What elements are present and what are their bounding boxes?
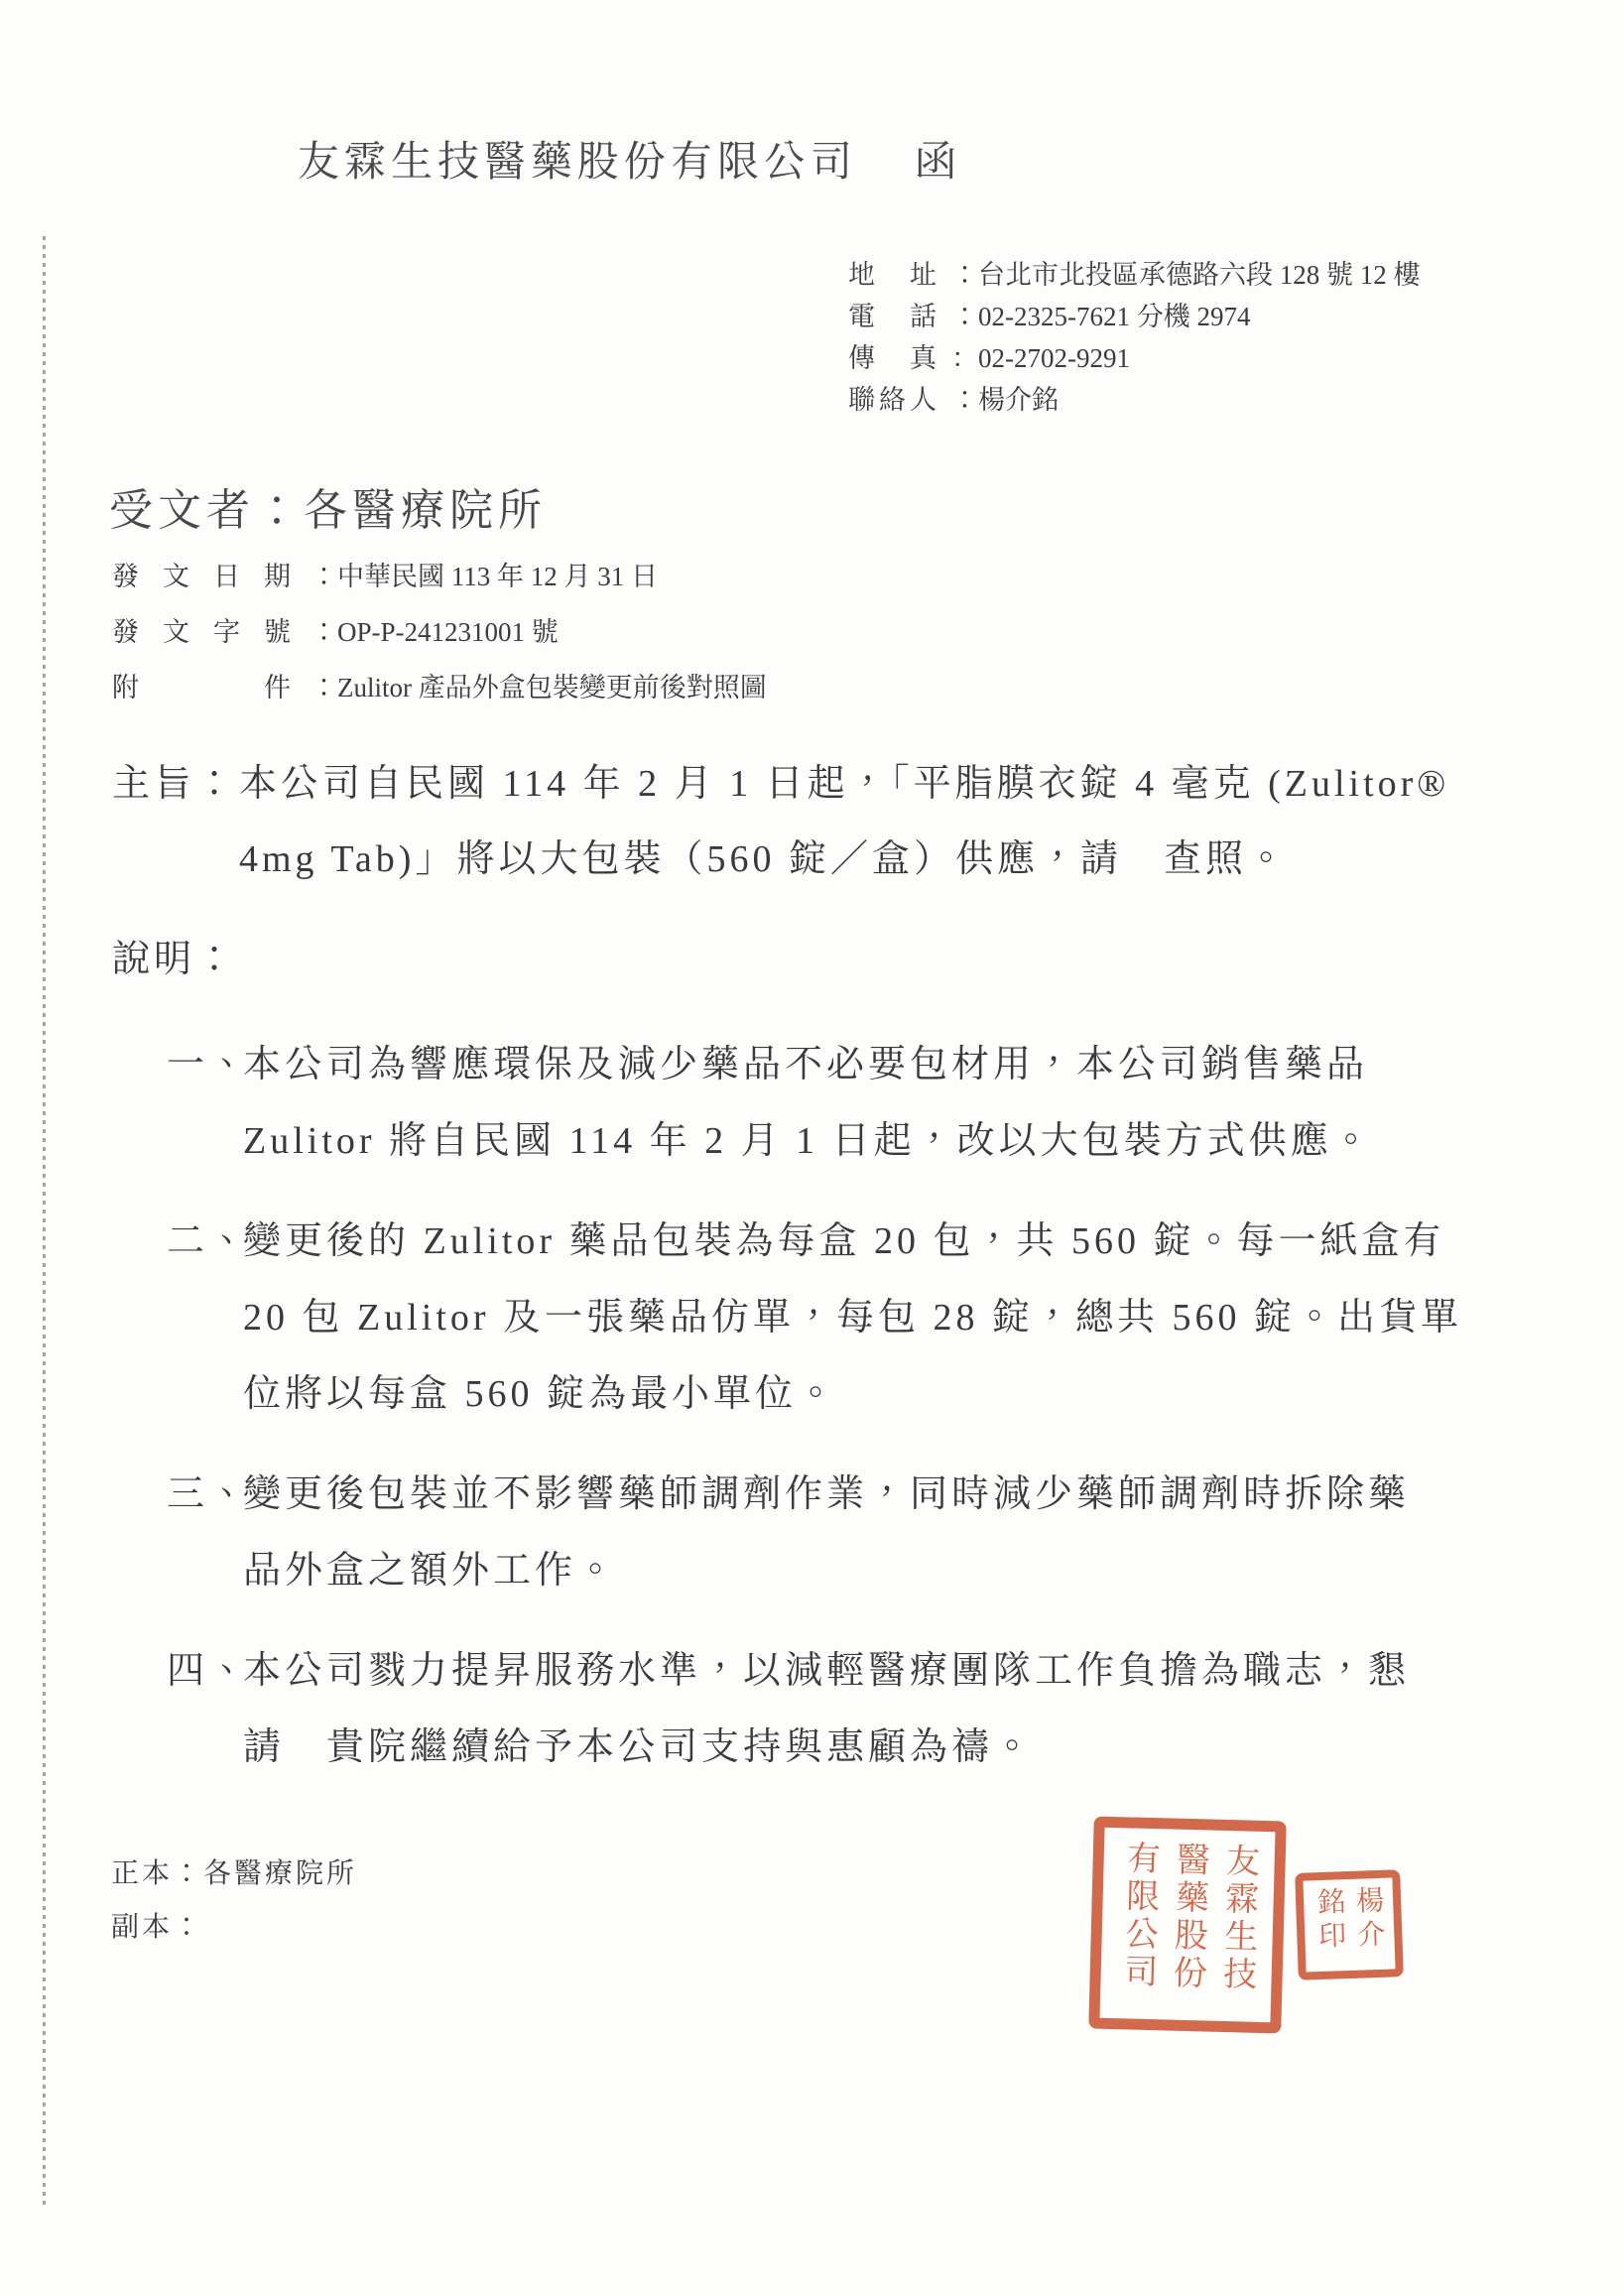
contact-address-label: 地 址 <box>848 254 951 296</box>
original-copy-value: 各醫療院所 <box>203 1858 357 1889</box>
company-seal-stamp: 友霖生技醫藥股份有限公司 <box>1088 1816 1287 2033</box>
company-name: 友霖生技醫藥股份有限公司 <box>298 140 857 186</box>
doc-number-label: 發文字號 <box>112 616 311 649</box>
explanation-item-4: 四、 本公司戮力提昇服務水準，以減輕醫療團隊工作負擔為職志，懇 請 貴院繼續給予… <box>0 1633 1624 1786</box>
item-line: 品外盒之額外工作。 <box>243 1533 1624 1609</box>
subject-paragraph: 主旨： 本公司自民國 114 年 2 月 1 日起，「平脂膜衣錠 4 毫克 (Z… <box>112 746 1624 897</box>
personal-seal-stamp: 楊介銘印 <box>1295 1869 1404 1980</box>
subject-label: 主旨： <box>112 746 237 822</box>
contact-phone-row: 電 話：02-2325-7621 分機 2974 <box>848 296 1421 337</box>
item-line: 位將以每盒 560 錠為最小單位。 <box>243 1356 1624 1433</box>
contact-address-value: ：台北市北投區承德路六段 128 號 12 樓 <box>951 260 1421 290</box>
original-copy-label: 正本： <box>111 1858 203 1889</box>
item-marker: 三、 <box>167 1457 250 1533</box>
recipient-label: 受文者： <box>109 486 304 535</box>
doc-number-row: 發文字號：OP-P-241231001 號 <box>112 616 767 649</box>
item-line: Zulitor 將自民國 114 年 2 月 1 日起，改以大包裝方式供應。 <box>243 1103 1624 1180</box>
document-type: 函 <box>915 140 961 186</box>
explanation-items: 一、 本公司為響應環保及減少藥品不必要包材用，本公司銷售藥品 Zulitor 將… <box>0 1027 1624 1810</box>
contact-phone-label: 電 話 <box>848 296 951 337</box>
letter-page: 友霖生技醫藥股份有限公司函 地 址：台北市北投區承德路六段 128 號 12 樓… <box>0 0 1624 2296</box>
recipient-value: 各醫療院所 <box>304 486 547 535</box>
document-title: 友霖生技醫藥股份有限公司函 <box>298 129 961 189</box>
recipient-line: 受文者：各醫療院所 <box>109 474 547 538</box>
meta-block: 發文日期：中華民國 113 年 12 月 31 日 發文字號：OP-P-2412… <box>112 561 767 727</box>
contact-address-row: 地 址：台北市北投區承德路六段 128 號 12 樓 <box>848 254 1421 296</box>
item-marker: 二、 <box>167 1204 250 1280</box>
company-contact-block: 地 址：台北市北投區承德路六段 128 號 12 樓 電 話：02-2325-7… <box>848 254 1421 421</box>
issue-date-label: 發文日期 <box>112 561 311 593</box>
contact-phone-value: ：02-2325-7621 分機 2974 <box>951 302 1250 331</box>
attachment-row: 附 件：Zulitor 產品外盒包裝變更前後對照圖 <box>112 672 767 704</box>
contact-fax-value: ：02-2702-9291 <box>951 343 1130 373</box>
carbon-copy-label: 副本： <box>111 1912 203 1943</box>
contact-person-value: ：楊介銘 <box>951 385 1059 415</box>
copies-block: 正本：各醫療院所 副本： <box>111 1848 357 1955</box>
contact-fax-label: 傳 真 <box>848 337 951 379</box>
attachment-value: ：Zulitor 產品外盒包裝變更前後對照圖 <box>311 673 767 702</box>
carbon-copy-row: 副本： <box>111 1901 357 1955</box>
subject-line: 本公司自民國 114 年 2 月 1 日起，「平脂膜衣錠 4 毫克 (Zulit… <box>239 746 1624 822</box>
explanation-label: 說明： <box>112 928 237 982</box>
item-line: 變更後的 Zulitor 藥品包裝為每盒 20 包，共 560 錠。每一紙盒有 <box>243 1204 1624 1280</box>
issue-date-row: 發文日期：中華民國 113 年 12 月 31 日 <box>112 561 767 593</box>
personal-seal-text: 楊介銘印 <box>1310 1885 1390 1966</box>
contact-person-label: 聯絡人 <box>848 379 951 421</box>
contact-person-row: 聯絡人：楊介銘 <box>848 379 1421 421</box>
explanation-item-2: 二、 變更後的 Zulitor 藥品包裝為每盒 20 包，共 560 錠。每一紙… <box>0 1204 1624 1433</box>
attachment-label: 附 件 <box>112 672 311 704</box>
doc-number-value: ：OP-P-241231001 號 <box>311 617 559 647</box>
explanation-item-3: 三、 變更後包裝並不影響藥師調劑作業，同時減少藥師調劑時拆除藥 品外盒之額外工作… <box>0 1457 1624 1609</box>
item-line: 請 貴院繼續給予本公司支持與惠顧為禱。 <box>243 1710 1624 1786</box>
explanation-item-1: 一、 本公司為響應環保及減少藥品不必要包材用，本公司銷售藥品 Zulitor 將… <box>0 1027 1624 1180</box>
company-seal-text: 友霖生技醫藥股份有限公司 <box>1111 1840 1264 2010</box>
item-line: 本公司為響應環保及減少藥品不必要包材用，本公司銷售藥品 <box>243 1027 1624 1103</box>
issue-date-value: ：中華民國 113 年 12 月 31 日 <box>311 562 658 591</box>
item-marker: 一、 <box>167 1027 250 1103</box>
original-copy-row: 正本：各醫療院所 <box>111 1848 357 1901</box>
item-marker: 四、 <box>167 1633 250 1710</box>
item-line: 本公司戮力提昇服務水準，以減輕醫療團隊工作負擔為職志，懇 <box>243 1633 1624 1710</box>
item-line: 變更後包裝並不影響藥師調劑作業，同時減少藥師調劑時拆除藥 <box>243 1457 1624 1533</box>
contact-fax-row: 傳 真：02-2702-9291 <box>848 337 1421 379</box>
subject-line: 4mg Tab)」將以大包裝（560 錠／盒）供應，請 查照。 <box>239 822 1624 897</box>
item-line: 20 包 Zulitor 及一張藥品仿單，每包 28 錠，總共 560 錠。出貨… <box>243 1280 1624 1356</box>
